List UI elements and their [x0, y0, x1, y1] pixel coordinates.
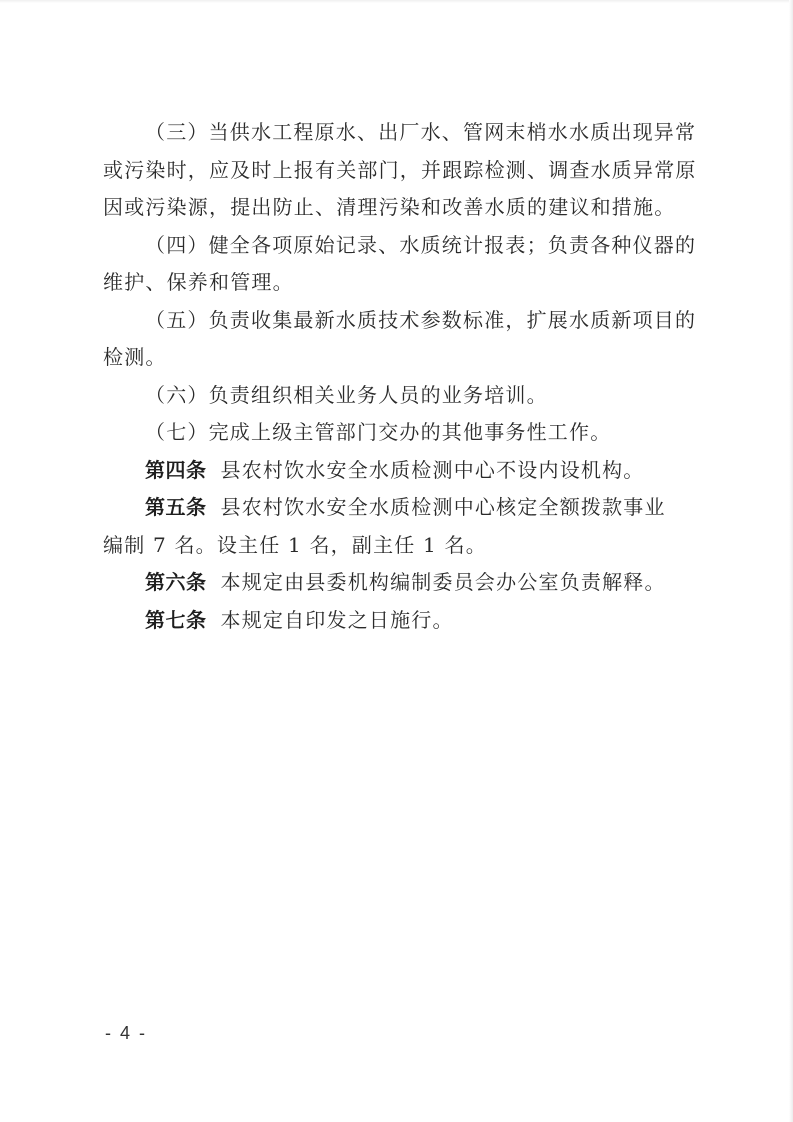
scan-right-edge — [789, 0, 793, 1122]
text-line: 编制 7 名。设主任 1 名，副主任 1 名。 — [103, 527, 703, 565]
article-label: 第五条 — [145, 495, 207, 519]
article-text: 本规定由县委机构编制委员会办公室负责解释。 — [221, 570, 666, 594]
text-line: （五）负责收集最新水质技术参数标准，扩展水质新项目的 — [103, 302, 703, 340]
text-line: 第五条县农村饮水安全水质检测中心核定全额拨款事业 — [103, 489, 703, 527]
text-line: 检测。 — [103, 339, 703, 377]
scan-top-edge — [0, 0, 793, 3]
paragraph-item-7: （七）完成上级主管部门交办的其他事务性工作。 — [103, 414, 703, 452]
paragraph-item-6: （六）负责组织相关业务人员的业务培训。 — [103, 377, 703, 415]
article-text: 县农村饮水安全水质检测中心不设内设机构。 — [221, 458, 645, 482]
text-line: （七）完成上级主管部门交办的其他事务性工作。 — [103, 414, 703, 452]
text-line: 第六条本规定由县委机构编制委员会办公室负责解释。 — [103, 564, 703, 602]
paragraph-item-3: （三）当供水工程原水、出厂水、管网末梢水水质出现异常 或污染时，应及时上报有关部… — [103, 114, 703, 227]
article-text: 本规定自印发之日施行。 — [221, 608, 454, 632]
text-line: （三）当供水工程原水、出厂水、管网末梢水水质出现异常 — [103, 114, 703, 152]
article-label: 第四条 — [145, 458, 207, 482]
text-line: 第四条县农村饮水安全水质检测中心不设内设机构。 — [103, 452, 703, 490]
text-line: （六）负责组织相关业务人员的业务培训。 — [103, 377, 703, 415]
text-line: 或污染时，应及时上报有关部门，并跟踪检测、调查水质异常原 — [103, 152, 703, 190]
document-body: （三）当供水工程原水、出厂水、管网末梢水水质出现异常 或污染时，应及时上报有关部… — [103, 114, 703, 639]
paragraph-item-5: （五）负责收集最新水质技术参数标准，扩展水质新项目的 检测。 — [103, 302, 703, 377]
article-4: 第四条县农村饮水安全水质检测中心不设内设机构。 — [103, 452, 703, 490]
text-line: 第七条本规定自印发之日施行。 — [103, 602, 703, 640]
article-label: 第七条 — [145, 608, 207, 632]
text-line: 维护、保养和管理。 — [103, 264, 703, 302]
article-5: 第五条县农村饮水安全水质检测中心核定全额拨款事业 编制 7 名。设主任 1 名，… — [103, 489, 703, 564]
document-page: （三）当供水工程原水、出厂水、管网末梢水水质出现异常 或污染时，应及时上报有关部… — [0, 0, 793, 1122]
page-number: - 4 - — [105, 1023, 147, 1044]
article-7: 第七条本规定自印发之日施行。 — [103, 602, 703, 640]
paragraph-item-4: （四）健全各项原始记录、水质统计报表；负责各种仪器的 维护、保养和管理。 — [103, 227, 703, 302]
text-line: （四）健全各项原始记录、水质统计报表；负责各种仪器的 — [103, 227, 703, 265]
article-label: 第六条 — [145, 570, 207, 594]
article-text: 县农村饮水安全水质检测中心核定全额拨款事业 — [221, 495, 666, 519]
article-6: 第六条本规定由县委机构编制委员会办公室负责解释。 — [103, 564, 703, 602]
text-line: 因或污染源，提出防止、清理污染和改善水质的建议和措施。 — [103, 189, 703, 227]
